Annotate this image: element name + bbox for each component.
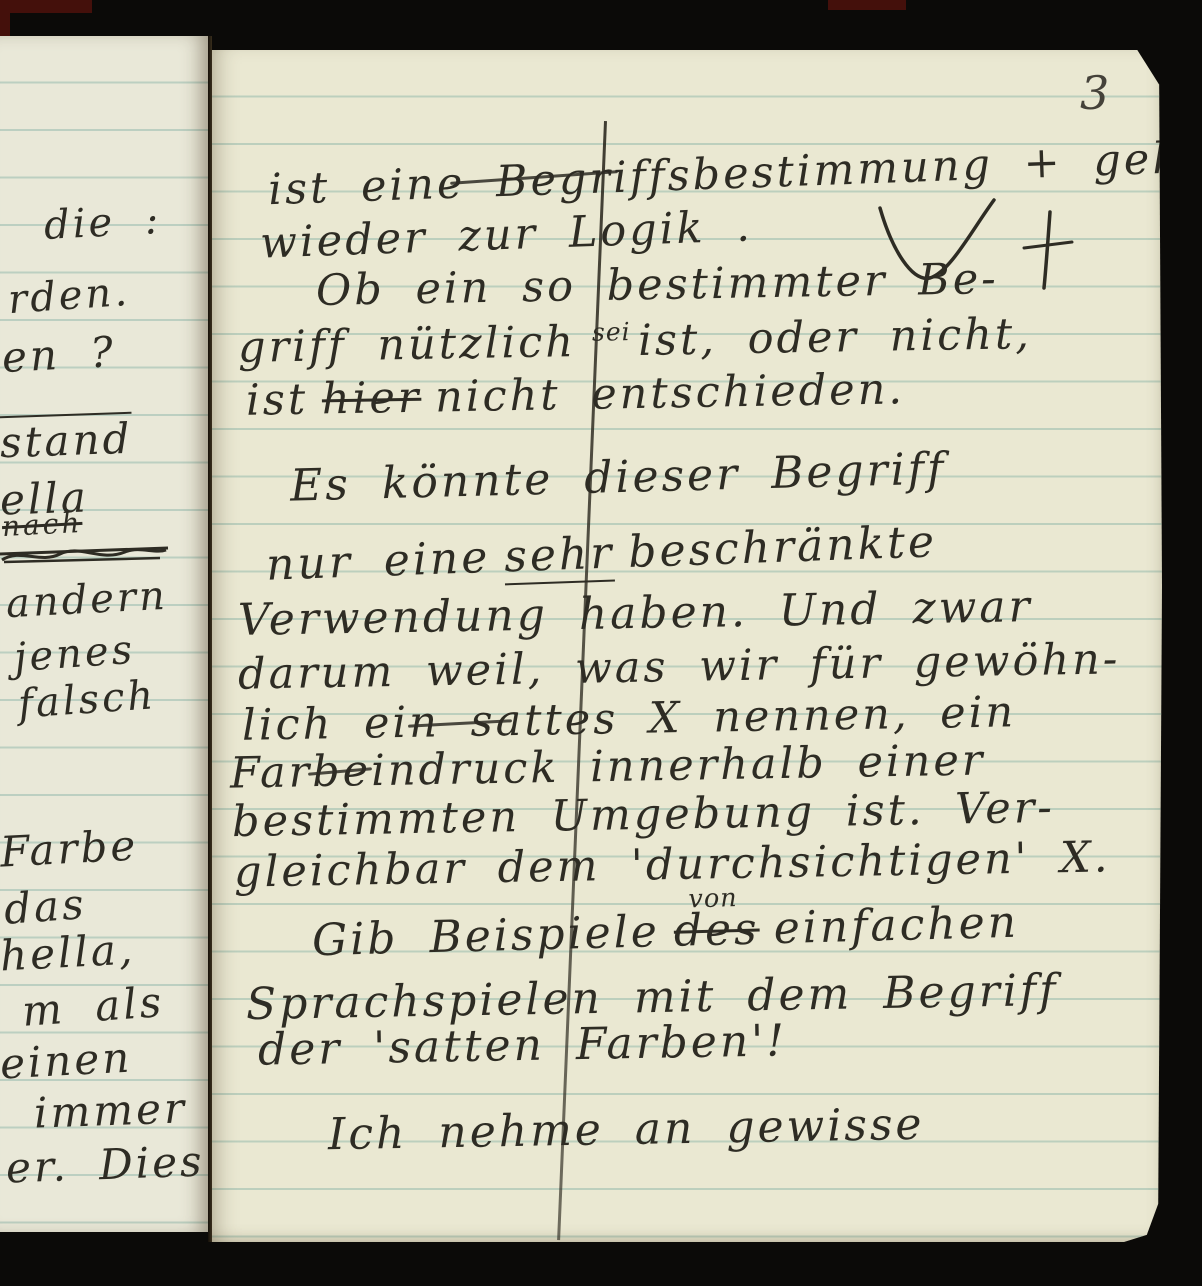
binding-strip-top-left xyxy=(0,0,92,13)
handwriting-line: griff nützlichseiist, oder nicht, xyxy=(238,311,1033,372)
handwriting-line: Ich nehme an gewisse xyxy=(328,1101,925,1160)
gutter-line xyxy=(208,36,212,1242)
handwriting-line: nur einesehrbeschränkte xyxy=(265,518,937,590)
fragment-line: jenes xyxy=(13,628,137,680)
fragment-line: einen xyxy=(0,1035,133,1088)
fragment-line: Farbe xyxy=(0,822,139,875)
fragment-line: falsch xyxy=(17,673,158,727)
handwriting-line: Gib Beispielevondeseinfachen xyxy=(311,899,1019,966)
fragment-line: m als xyxy=(21,979,166,1035)
fragment-line: das xyxy=(2,881,88,933)
page-number: 3 xyxy=(1080,66,1109,120)
struck-word: hier xyxy=(321,373,421,425)
inserted-word: von xyxy=(688,884,738,913)
fragment-line: immer xyxy=(33,1085,188,1137)
fragment-line: stand xyxy=(0,416,133,467)
handwriting-line: wieder zur Logik . xyxy=(259,203,753,267)
correction: vondes xyxy=(673,906,760,957)
fragment-line: hella, xyxy=(0,926,136,979)
underlined-word: sehr xyxy=(503,528,615,586)
handwriting-line: der 'satten Farben'! xyxy=(258,1017,788,1075)
right-page: 3 ist eine Begriffsbestimmung + gehört w… xyxy=(212,50,1162,1242)
handwriting-line: isthiernicht entschieden. xyxy=(246,366,906,425)
crossed-out-word xyxy=(0,534,170,574)
fragment-line: en ? xyxy=(1,329,117,381)
fragment-line: er. Dies xyxy=(5,1139,205,1192)
inserted-word: sei xyxy=(592,317,631,347)
notebook-scan: { "document": { "kind": "handwritten man… xyxy=(0,0,1202,1286)
fragment-line: rden. xyxy=(7,270,132,322)
handwriting-line: Verwendung haben. Und zwar xyxy=(238,583,1033,645)
fragment-line: die : xyxy=(43,198,162,248)
handwriting-line: Es könnte dieser Begriff xyxy=(289,445,946,511)
binding-strip-top-mid xyxy=(828,0,906,10)
fragment-line: andern xyxy=(5,574,169,626)
left-page: die : rden. en ? stand ella nach andern … xyxy=(0,36,208,1232)
